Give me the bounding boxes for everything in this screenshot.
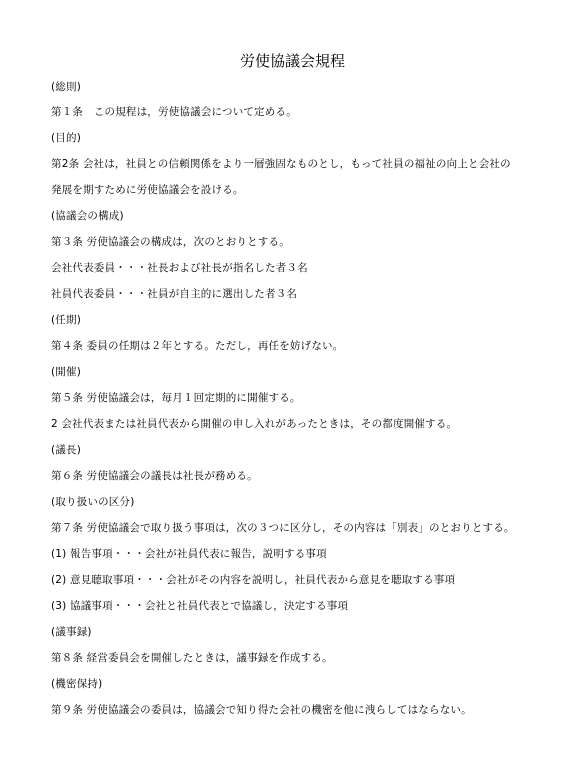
article-8: 第８条 経営委員会を開催したときは，議事録を作成する。: [51, 651, 333, 665]
article-5: 第５条 労使協議会は，毎月１回定期的に開催する。: [51, 391, 301, 405]
section-heading-composition: (協議会の構成): [51, 209, 124, 223]
article-3-company-members: 会社代表委員・・・社長および社長が指名した者３名: [51, 261, 308, 275]
article-9: 第９条 労使協議会の委員は，協議会で知り得た会社の機密を他に洩らしてはならない。: [51, 703, 472, 717]
article-3: 第３条 労使協議会の構成は，次のとおりとする。: [51, 235, 290, 249]
article-1: 第１条 この規程は，労使協議会について定める。: [51, 105, 297, 119]
document-page: 労使協議会規程 (総則) 第１条 この規程は，労使協議会について定める。 (目的…: [0, 0, 565, 780]
article-4: 第４条 委員の任期は２年とする。ただし，再任を妨げない。: [51, 339, 343, 353]
section-heading-term: (任期): [51, 313, 81, 327]
section-heading-meeting: (開催): [51, 365, 81, 379]
section-heading-purpose: (目的): [51, 131, 81, 145]
article-3-employee-members: 社員代表委員・・・社員が自主的に選出した者３名: [51, 287, 297, 301]
article-7-item-3: (3) 協議事項・・・会社と社員代表とで協議し，決定する事項: [51, 599, 348, 613]
article-6: 第６条 労使協議会の議長は社長が務める。: [51, 469, 258, 483]
article-5-paragraph-2: 2 会社代表または社員代表から開催の申し入れがあったときは，その都度開催する。: [51, 417, 457, 431]
section-heading-general: (総則): [51, 80, 81, 94]
article-2: 第2条 会社は，社員との信頼関係をより一層強固なものとし，もって社員の福祉の向上…: [51, 157, 511, 171]
document-title: 労使協議会規程: [0, 51, 565, 71]
article-7-item-2: (2) 意見聴取事項・・・会社がその内容を説明し，社員代表から意見を聴取する事項: [51, 573, 455, 587]
section-heading-classification: (取り扱いの区分): [51, 495, 135, 509]
section-heading-minutes: (議事録): [51, 625, 92, 639]
article-2-continued: 発展を期すために労使協議会を設ける。: [51, 183, 244, 197]
article-7-item-1: (1) 報告事項・・・会社が社員代表に報告，説明する事項: [51, 547, 327, 561]
section-heading-confidentiality: (機密保持): [51, 677, 102, 691]
article-7: 第７条 労使協議会で取り扱う事項は，次の３つに区分し，その内容は「別表」のとおり…: [51, 521, 515, 535]
section-heading-chair: (議長): [51, 443, 81, 457]
